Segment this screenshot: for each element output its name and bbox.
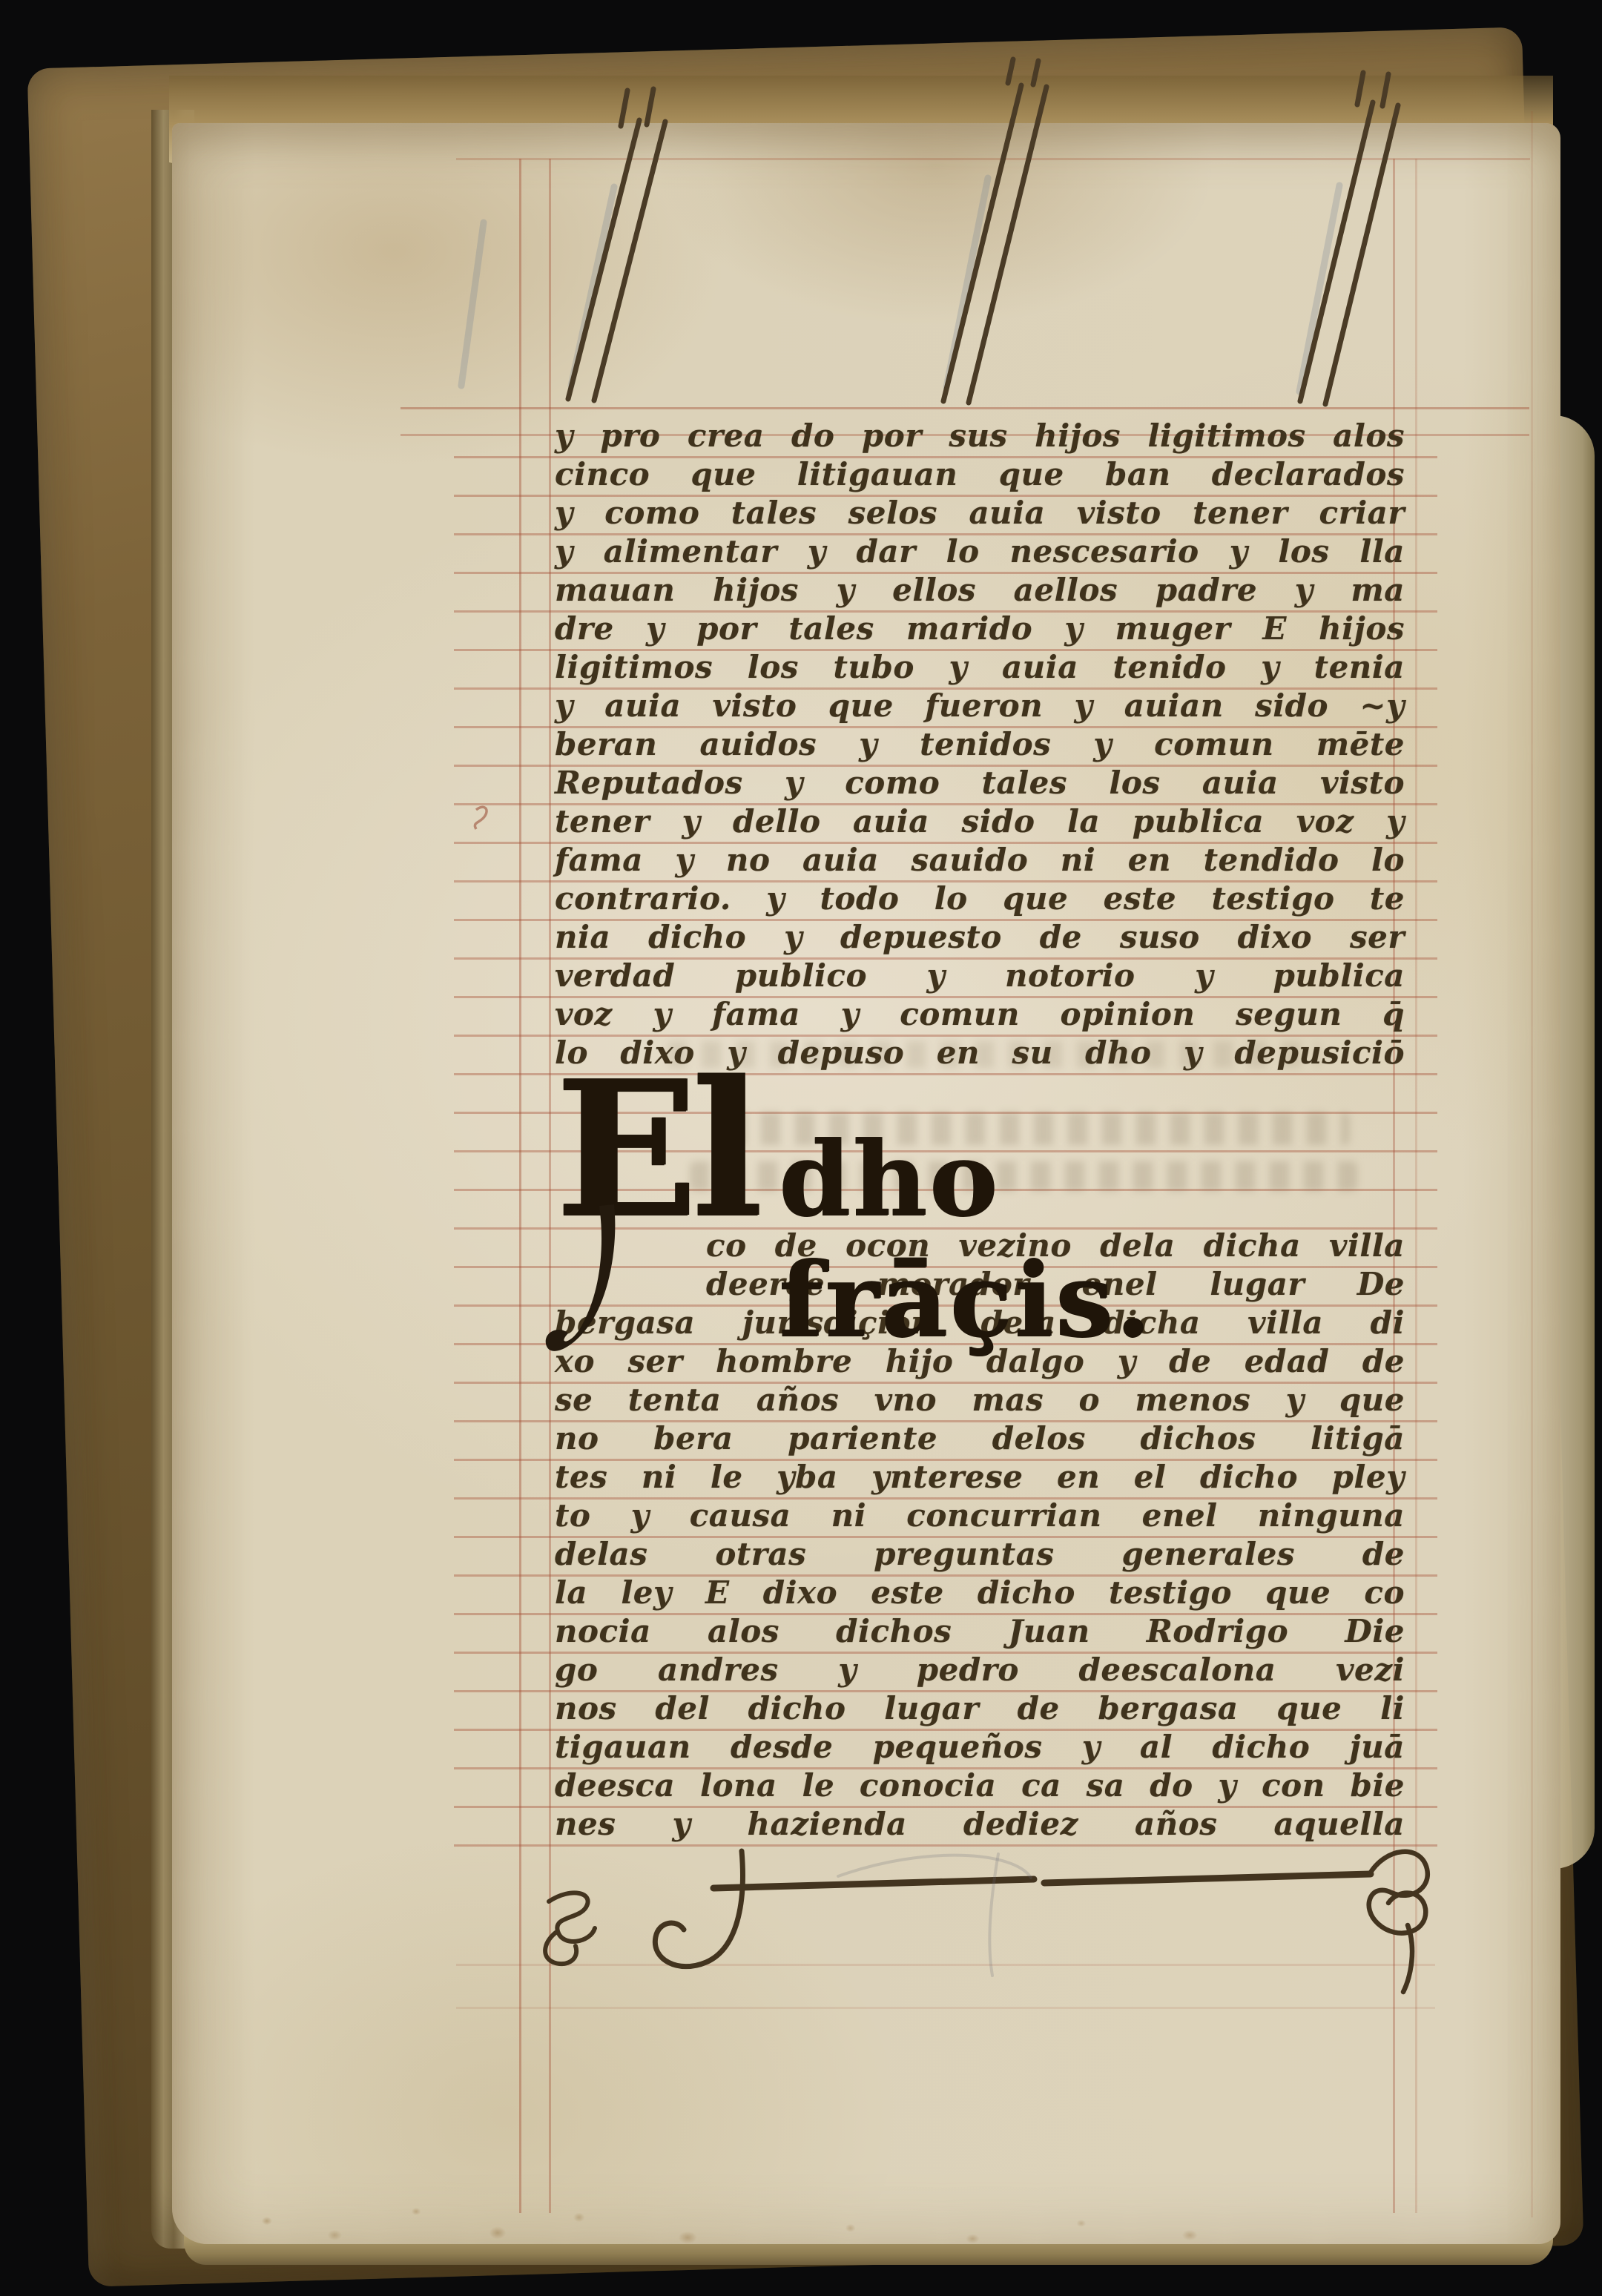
manuscript-line: la ley E dixo este dicho testigo que co: [555, 1574, 1405, 1612]
flourish-left-knot: [545, 1893, 595, 1964]
manuscript-line: delas otras preguntas generales de: [555, 1535, 1405, 1574]
manuscript-line: beran auidos y tenidos y comun mēte: [555, 725, 1405, 764]
slash-showthrough-streaks: [461, 178, 1339, 392]
manuscript-line: nocia alos dichos Juan Rodrigo Die: [555, 1612, 1405, 1651]
manuscript-line: nia dicho y depuesto de suso dixo ser: [555, 918, 1405, 957]
manuscript-line: y pro crea do por sus hijos ligitimos al…: [555, 417, 1405, 455]
heading-text: dho frāçis.: [779, 1118, 1405, 1360]
manuscript-line: contrario. y todo lo que este testigo te: [555, 880, 1405, 918]
manuscript-line: mauan hijos y ellos aellos padre y ma: [555, 571, 1405, 610]
manuscript-photo: y pro crea do por sus hijos ligitimos al…: [0, 0, 1602, 2296]
manuscript-line: dre y por tales marido y muger E hijos: [555, 610, 1405, 648]
text-block: y pro crea do por sus hijos ligitimos al…: [555, 417, 1405, 1844]
tally-pair-2: [943, 59, 1046, 403]
initial-descender-swash: [544, 1203, 656, 1366]
margin-mark: [475, 807, 487, 829]
tally-pair-1: [568, 89, 665, 400]
pencil-showthrough-scrawl: [838, 1854, 1031, 1976]
manuscript-line: verdad publico y notorio y publica: [555, 957, 1405, 995]
manuscript-line: tes ni le yba ynterese en el dicho pley: [555, 1458, 1405, 1497]
flourish-descender-hook: [655, 1851, 742, 1967]
manuscript-line: ligitimos los tubo y auia tenido y tenia: [555, 648, 1405, 687]
manuscript-line: cinco que litigauan que ban declarados: [555, 455, 1405, 494]
manuscript-line: y alimentar y dar lo nescesario y los ll…: [555, 532, 1405, 571]
manuscript-line: se tenta años vno mas o menos y que: [555, 1381, 1405, 1419]
manuscript-line: Reputados y como tales los auia visto: [555, 764, 1405, 802]
manuscript-line: tigauan desde pequeños y al dicho juā: [555, 1728, 1405, 1766]
chapter-opening-heading: El dho frāçis.: [555, 1072, 1405, 1227]
manuscript-line: y auia visto que fueron y auian sido ~y: [555, 687, 1405, 725]
flourish-rule-right: [1044, 1874, 1371, 1883]
manuscript-line: y como tales selos auia visto tener cria…: [555, 494, 1405, 532]
manuscript-line: go andres y pedro deescalona vezi: [555, 1651, 1405, 1689]
line-filler-flourish: [519, 1844, 1483, 2036]
manuscript-line: to y causa ni concurrian enel ninguna: [555, 1497, 1405, 1535]
manuscript-line: no bera pariente delos dichos litigā: [555, 1419, 1405, 1458]
tally-pair-3: [1300, 73, 1398, 404]
flourish-rule-left: [713, 1879, 1034, 1888]
manuscript-line: voz y fama y comun opinion segun q̄: [555, 995, 1405, 1034]
manuscript-line: nes y hazienda dediez años aquella: [555, 1805, 1405, 1844]
manuscript-line: fama y no auia sauido ni en tendido lo: [555, 841, 1405, 880]
manuscript-line: deesca lona le conocia ca sa do y con bi…: [555, 1766, 1405, 1805]
manuscript-line: tener y dello auia sido la publica voz y: [555, 802, 1405, 841]
flourish-right-loops: [1369, 1852, 1428, 1992]
manuscript-line: nos del dicho lugar de bergasa que li: [555, 1689, 1405, 1728]
